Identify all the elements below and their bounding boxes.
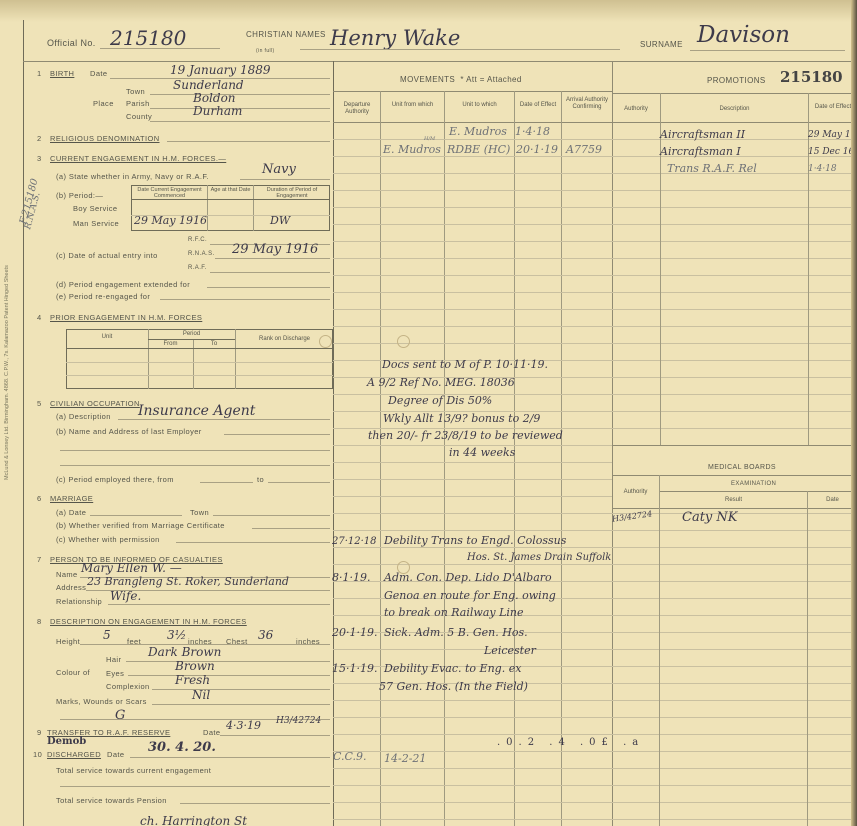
pension-note: Wkly Allt 13/9? bonus to 2/9 (383, 412, 540, 425)
rule (333, 768, 857, 769)
rnas-date: 29 May 1916 (232, 242, 318, 257)
transfer-date-label: Date (203, 728, 220, 737)
hospital-entry-date: 20·1·19. (332, 626, 377, 639)
section-number: 6 (37, 494, 42, 503)
header-divider (23, 61, 857, 62)
col-header-date: Date (808, 497, 857, 504)
hospital-entry-text: 57 Gen. Hos. (In the Field) (379, 680, 528, 693)
service-branch-label: (a) State whether in Army, Navy or R.A.F… (56, 172, 209, 181)
raf-label: R.A.F. (188, 265, 207, 271)
height-inches-value: 3½ (167, 628, 186, 642)
promotion-date: 15 Dec 16 (808, 147, 854, 157)
rule (128, 675, 330, 676)
promotion-description: Aircraftsman II (660, 128, 745, 141)
rule (333, 309, 857, 310)
rule (333, 343, 857, 344)
rule (690, 50, 845, 51)
birth-county-value: Durham (193, 104, 242, 118)
rule (130, 757, 330, 758)
transfer-ref: H3/42724 (276, 716, 321, 726)
service-branch-value: Navy (262, 162, 296, 177)
medical-result: Caty NK (682, 510, 738, 525)
marks-extra: G (115, 708, 125, 723)
movements-title-text: MOVEMENTS (400, 75, 455, 84)
rule (333, 156, 857, 157)
rule (333, 258, 857, 259)
hair-value: Dark Brown (148, 645, 221, 659)
rule (210, 272, 330, 273)
official-no-label: Official No. (47, 38, 96, 48)
medical-authority: H3/42724 (612, 509, 653, 524)
movement-from-note: H/M (424, 136, 435, 142)
employer-label: (b) Name and Address of last Employer (56, 427, 202, 436)
rule (333, 91, 612, 92)
movement-date: 20·1·19 (516, 143, 558, 156)
rule (333, 224, 857, 225)
medical-col-divider (659, 475, 660, 826)
hospital-entry-date: 27·12·18 (332, 536, 377, 547)
birth-parish-label: Parish (126, 99, 150, 108)
rule (268, 482, 330, 483)
reengaged-label: (e) Period re-engaged for (56, 292, 150, 301)
col-header-unit-to: Unit to which (445, 102, 514, 109)
col-header-description: Description (661, 106, 808, 113)
col-header-result: Result (660, 497, 807, 504)
religion-title: RELIGIOUS DENOMINATION (50, 134, 160, 143)
rule (612, 93, 857, 94)
birth-town-label: Town (126, 87, 145, 96)
col-header-date-effect: Date of Effect (809, 104, 857, 111)
col-header: Unit (66, 334, 148, 341)
discharge-date-label: Date (107, 750, 124, 759)
actual-entry-label: (c) Date of actual entry into (56, 251, 158, 260)
rule (333, 785, 857, 786)
rule (333, 275, 857, 276)
section-number: 10 (33, 750, 42, 759)
rule (333, 479, 612, 480)
hospital-entry-text: Hos. St. James Drain Suffolk (467, 552, 611, 563)
marriage-town-label: Town (190, 508, 209, 517)
rule (167, 141, 330, 142)
height-label: Height (56, 637, 80, 646)
rule (160, 299, 330, 300)
rule (200, 482, 253, 483)
promotion-description: Trans R.A.F. Rel (667, 162, 757, 175)
col-header: Date Current Engagement Commenced (132, 187, 207, 199)
total-current-label: Total service towards current engagement (56, 766, 211, 775)
man-service-label: Man Service (73, 219, 119, 228)
section-number: 8 (37, 617, 42, 626)
casualty-name-value: Mary Ellen W. — (81, 561, 182, 575)
hospital-entry-text: Adm. Con. Dep. Lido D'Albaro (384, 571, 552, 584)
rule (333, 496, 612, 497)
pension-note: Degree of Dis 50% (388, 394, 492, 407)
rule (333, 717, 857, 718)
rule (213, 515, 330, 516)
punch-hole (397, 335, 410, 348)
col-header: To (193, 341, 235, 348)
rule (300, 49, 620, 50)
hospital-entry-text: Sick. Adm. 5 B. Gen. Hos. (384, 626, 528, 639)
pension-note: then 20/- fr 23/8/19 to be reviewed (368, 429, 563, 442)
movement-arrival: A7759 (566, 143, 602, 156)
promotion-date: 29 May 16 (808, 130, 856, 140)
rule (100, 48, 220, 49)
col-header: Period (148, 331, 235, 338)
casualty-address-value: 23 Brangleng St. Roker, Sunderland (87, 575, 289, 588)
rule (176, 542, 330, 543)
pension-note: Docs sent to M of P. 10·11·19. (382, 358, 548, 371)
movements-promotions-divider (612, 61, 613, 826)
promotions-number: 215180 (780, 68, 843, 86)
movement-date: 1·4·18 (515, 125, 550, 138)
movements-title: MOVEMENTS * Att = Attached (400, 75, 522, 84)
hospital-entry-text: to break on Railway Line (384, 606, 524, 619)
marriage-verified-label: (b) Whether verified from Marriage Certi… (56, 521, 225, 530)
rule (66, 362, 333, 363)
bottom-departure: C.C.9. (333, 750, 367, 763)
prior-engagement-title: PRIOR ENGAGEMENT IN H.M. FORCES (50, 313, 202, 322)
section-number: 9 (37, 728, 42, 737)
rule (333, 802, 857, 803)
rule (333, 207, 857, 208)
rule (333, 139, 857, 140)
rule (333, 649, 857, 650)
rule (333, 122, 857, 123)
col-header: From (148, 341, 193, 348)
hair-label: Hair (106, 655, 121, 664)
occupation-description-label: (a) Description (56, 412, 111, 421)
marks-label: Marks, Wounds or Scars (56, 697, 147, 706)
rule (333, 700, 857, 701)
rule (150, 121, 330, 122)
rule (659, 491, 857, 492)
col-header-unit-from: Unit from which (381, 102, 444, 109)
rule (126, 661, 330, 662)
marriage-date-label: (a) Date (56, 508, 86, 517)
christian-names-sub: (in full) (256, 48, 275, 54)
relationship-value: Wife. (110, 589, 141, 603)
rule (148, 339, 235, 340)
ink-bleed: .0.2 .4 .0£ .a (497, 737, 644, 748)
colour-label: Colour of (56, 668, 90, 677)
rfc-label: R.F.C. (188, 237, 207, 243)
height-feet-value: 5 (103, 628, 111, 642)
rule (333, 564, 857, 565)
hospital-entry-text: Debility Trans to Engd. Colossus (384, 534, 566, 547)
rule (131, 199, 330, 200)
rule (60, 450, 330, 451)
birth-place-label: Place (93, 99, 114, 108)
rule (333, 173, 857, 174)
chest-value: 36 (258, 628, 273, 642)
birth-town-value: Sunderland (173, 78, 244, 92)
rule (207, 287, 330, 288)
transfer-date-value: 4·3·19 (226, 719, 261, 732)
rule (180, 803, 330, 804)
movement-to: RDBE (HC) (447, 143, 510, 156)
promotion-description: Aircraftsman I (660, 145, 741, 158)
bottom-date: 14-2-21 (384, 752, 426, 765)
birth-parish-value: Boldon (193, 91, 236, 105)
col-header: Duration of Period of Engagement (254, 187, 330, 199)
rule (152, 689, 330, 690)
eyes-label: Eyes (106, 669, 124, 678)
rule (150, 94, 330, 95)
hospital-entry-date: 15·1·19. (332, 662, 377, 675)
rule (66, 375, 333, 376)
movements-legend: * Att = Attached (460, 75, 521, 84)
description-title: DESCRIPTION ON ENGAGEMENT IN H.M. FORCES (50, 617, 247, 626)
rule (152, 704, 330, 705)
left-panel-border (333, 61, 334, 826)
rule (333, 326, 857, 327)
current-engagement-title: CURRENT ENGAGEMENT IN H.M. FORCES.— (50, 154, 226, 163)
extended-label: (d) Period engagement extended for (56, 280, 190, 289)
surname-value: Davison (697, 22, 790, 48)
promotion-date: 1·4·18 (808, 164, 837, 174)
hospital-entry-date: 8·1·19. (332, 571, 370, 584)
period-to-label: to (257, 475, 264, 484)
col-header-date: Date of Effect (515, 102, 561, 109)
christian-names-label: CHRISTIAN NAMES (246, 30, 306, 39)
complexion-value: Fresh (175, 673, 210, 687)
col-header: Age at that Date (208, 187, 253, 193)
complexion-label: Complexion (106, 682, 150, 691)
rule (333, 292, 857, 293)
christian-names-value: Henry Wake (330, 26, 460, 50)
man-service-date: 29 May 1916 (134, 214, 207, 227)
rule (333, 462, 612, 463)
rule (90, 515, 182, 516)
surname-label: SURNAME (640, 40, 683, 49)
rule (612, 475, 857, 476)
printer-imprint: McLund & Lonsey Ltd. Birmingham. 4868. C… (4, 265, 10, 480)
rule (333, 241, 857, 242)
rule (224, 434, 330, 435)
birth-date-value: 19 January 1889 (170, 63, 271, 77)
casualty-name-label: Name (56, 570, 78, 579)
col-header-authority: Authority (612, 489, 659, 496)
medical-boards-title: MEDICAL BOARDS (708, 464, 776, 471)
relationship-label: Relationship (56, 597, 102, 606)
rule (108, 604, 330, 605)
rule (66, 348, 333, 349)
rule (240, 179, 330, 180)
section-number: 2 (37, 134, 42, 143)
hospital-entry-text: Leicester (484, 644, 536, 657)
rule (333, 513, 857, 514)
period-label: (b) Period:— (56, 191, 103, 200)
birth-county-label: County (126, 112, 152, 121)
rule (148, 329, 149, 389)
movements-col-divider (380, 91, 381, 826)
service-record-card: McLund & Lonsey Ltd. Birmingham. 4868. C… (0, 0, 857, 826)
total-pension-label: Total service towards Pension (56, 796, 167, 805)
birth-title: BIRTH (50, 69, 74, 78)
bottom-fragment: ch. Harrington St (140, 814, 247, 826)
discharge-overwrite: Demob (47, 736, 86, 747)
marriage-title: MARRIAGE (50, 494, 93, 503)
rule (333, 190, 857, 191)
occupation-description-value: Insurance Agent (138, 403, 255, 419)
man-service-duration: DW (270, 214, 290, 227)
medical-col-divider (807, 491, 808, 826)
hospital-entry-text: Genoa en route for Eng. owing (384, 589, 556, 602)
section-number: 4 (37, 313, 42, 322)
col-header-authority: Authority (612, 106, 660, 113)
pension-note: in 44 weeks (449, 446, 515, 459)
pension-note: A 9/2 Ref No. MEG. 18036 (367, 376, 515, 389)
promotions-col-divider (808, 93, 809, 445)
rule (220, 735, 330, 736)
movement-to: E. Mudros (449, 125, 507, 138)
rule (333, 819, 857, 820)
promotions-title: PROMOTIONS (707, 76, 766, 85)
rule (252, 528, 330, 529)
rule (333, 547, 857, 548)
official-no-value: 215180 (110, 26, 186, 50)
col-header-departure: Departure Authority (334, 102, 380, 116)
punch-hole (319, 335, 332, 348)
margin-line (23, 20, 24, 826)
eyes-value: Brown (175, 659, 215, 673)
page-top-shadow (0, 0, 857, 22)
rule (60, 465, 330, 466)
rule (333, 530, 857, 531)
section-number: 3 (37, 154, 42, 163)
rule (118, 419, 330, 420)
movements-col-divider (444, 91, 445, 826)
marks-value: Nil (192, 688, 210, 702)
period-employed-label: (c) Period employed there, from (56, 475, 174, 484)
section-number: 1 (37, 69, 42, 78)
discharge-title: DISCHARGED (47, 750, 101, 759)
boy-service-label: Boy Service (73, 204, 117, 213)
rule (60, 786, 330, 787)
col-header-arrival: Arrival Authority Confirming (562, 97, 612, 111)
rnas-label: R.N.A.S. (188, 251, 215, 257)
rule (215, 258, 330, 259)
hospital-entry-text: Debility Evac. to Eng. ex (384, 662, 521, 675)
examination-label: EXAMINATION (731, 481, 776, 487)
rule (612, 445, 857, 446)
discharge-date-value: 30. 4. 20. (148, 740, 216, 755)
civilian-occupation-title: CIVILIAN OCCUPATION (50, 399, 140, 408)
section-number: 7 (37, 555, 42, 564)
birth-date-label: Date (90, 69, 107, 78)
movement-from: E. Mudros (383, 143, 441, 156)
movements-col-divider (561, 91, 562, 826)
rule (333, 734, 857, 735)
casualty-address-label: Address (56, 583, 86, 592)
marriage-permission-label: (c) Whether with permission (56, 535, 160, 544)
section-number: 5 (37, 399, 42, 408)
